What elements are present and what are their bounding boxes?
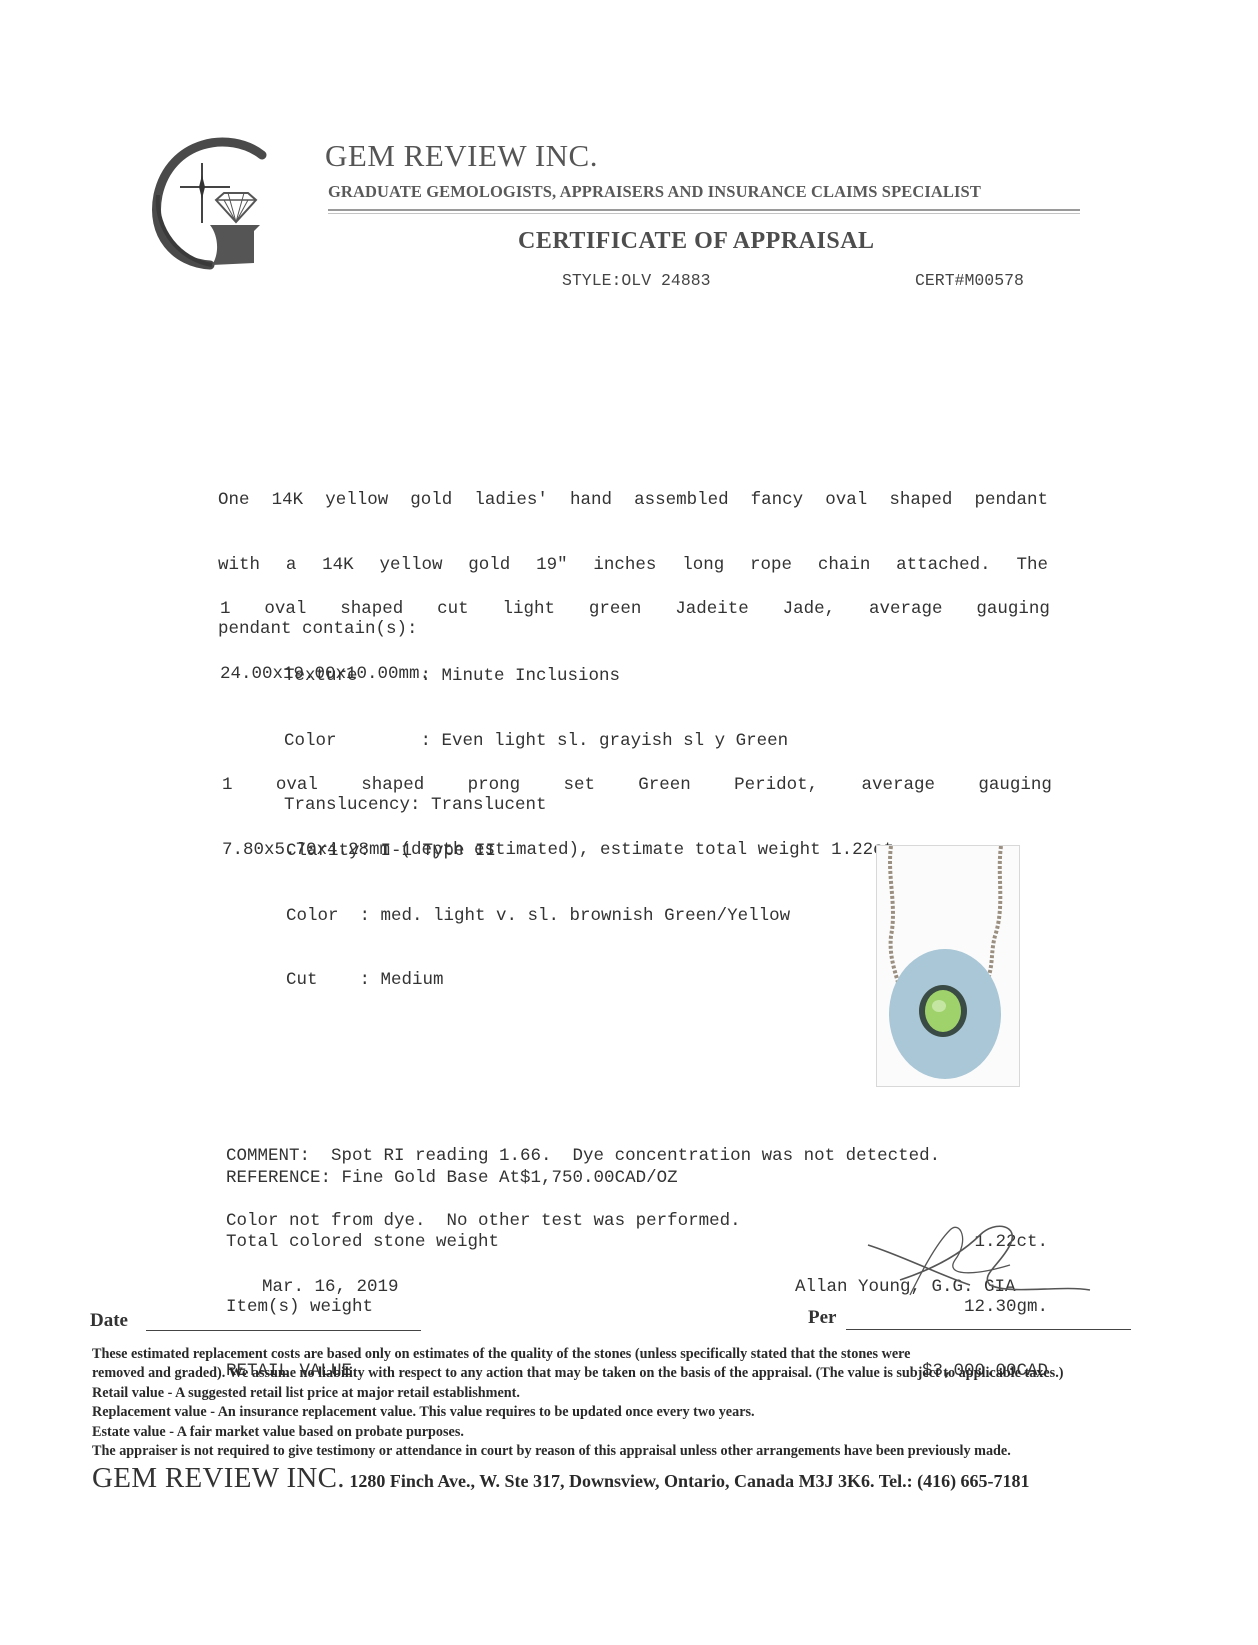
header-divider bbox=[328, 209, 1080, 214]
property-row: Clarity: I-1 Type II bbox=[286, 841, 790, 863]
disclaimer-line: These estimated replacement costs are ba… bbox=[92, 1345, 1063, 1364]
disclaimer-line: Replacement value - An insurance replace… bbox=[92, 1403, 1063, 1422]
appraisal-date: Mar. 16, 2019 bbox=[262, 1277, 399, 1297]
property-row: Cut : Medium bbox=[286, 970, 790, 992]
company-logo-icon bbox=[150, 135, 280, 270]
word: Green bbox=[638, 775, 691, 797]
word: 1 bbox=[222, 775, 233, 797]
property-label: Texture bbox=[284, 666, 421, 688]
document-title: CERTIFICATE OF APPRAISAL bbox=[518, 228, 875, 255]
value-label: Item(s) weight bbox=[226, 1297, 373, 1319]
description-line: One14Kyellowgoldladies'handassembledfanc… bbox=[218, 490, 1048, 512]
property-label: Clarity bbox=[286, 841, 360, 863]
word: oval bbox=[264, 599, 306, 621]
word: 14K bbox=[272, 490, 304, 512]
footer: GEM REVIEW INC. 1280 Finch Ave., W. Ste … bbox=[92, 1462, 1030, 1495]
word: Peridot, bbox=[734, 775, 818, 797]
per-label: Per bbox=[808, 1307, 836, 1329]
stone-2-properties: Clarity: I-1 Type II Color : med. light … bbox=[286, 798, 790, 1013]
property-label: Cut bbox=[286, 970, 360, 992]
word: average bbox=[869, 599, 943, 621]
word: oval bbox=[825, 490, 867, 512]
gold-reference: REFERENCE: Fine Gold Base At$1,750.00CAD… bbox=[226, 1168, 678, 1190]
property-row: Texture : Minute Inclusions bbox=[284, 666, 788, 688]
value-label: Total colored stone weight bbox=[226, 1232, 499, 1254]
style-number: STYLE:OLV 24883 bbox=[562, 271, 711, 290]
signature-icon bbox=[860, 1215, 1100, 1315]
property-value: : med. light v. sl. brownish Green/Yello… bbox=[360, 906, 791, 928]
word: gauging bbox=[978, 775, 1052, 797]
stone-line: 1ovalshapedprongsetGreenPeridot,averageg… bbox=[222, 775, 1052, 797]
disclaimer-line: removed and graded). We assume no liabil… bbox=[92, 1364, 1063, 1383]
certificate-number: CERT#M00578 bbox=[915, 271, 1024, 290]
word: hand bbox=[570, 490, 612, 512]
footer-company-name: GEM REVIEW INC. bbox=[92, 1462, 345, 1494]
company-tagline: GRADUATE GEMOLOGISTS, APPRAISERS AND INS… bbox=[328, 182, 981, 202]
word: prong bbox=[468, 775, 521, 797]
word: 1 bbox=[220, 599, 231, 621]
word: gauging bbox=[976, 599, 1050, 621]
property-value: : Medium bbox=[360, 970, 444, 992]
company-name: GEM REVIEW INC. bbox=[325, 138, 598, 174]
word: cut bbox=[437, 599, 469, 621]
word: green bbox=[589, 599, 642, 621]
word: set bbox=[563, 775, 595, 797]
disclaimer-line: The appraiser is not required to give te… bbox=[92, 1442, 1063, 1461]
word: light bbox=[503, 599, 556, 621]
word: shaped bbox=[889, 490, 952, 512]
property-label: Color bbox=[286, 906, 360, 928]
footer-address: 1280 Finch Ave., W. Ste 317, Downsview, … bbox=[345, 1471, 1030, 1491]
per-signature-line bbox=[846, 1329, 1131, 1330]
word: shaped bbox=[361, 775, 424, 797]
property-value: : Minute Inclusions bbox=[421, 666, 621, 688]
date-signature-line bbox=[146, 1330, 421, 1331]
date-label: Date bbox=[90, 1310, 128, 1332]
disclaimer-line: Estate value - A fair market value based… bbox=[92, 1423, 1063, 1442]
word: oval bbox=[276, 775, 318, 797]
word: shaped bbox=[340, 599, 403, 621]
word: ladies' bbox=[474, 490, 548, 512]
property-value: : I-1 Type II bbox=[360, 841, 497, 863]
word: yellow bbox=[325, 490, 388, 512]
word: average bbox=[862, 775, 936, 797]
word: assembled bbox=[634, 490, 729, 512]
disclaimer-line: Retail value - A suggested retail list p… bbox=[92, 1384, 1063, 1403]
word: gold bbox=[410, 490, 452, 512]
pendant-photo bbox=[876, 845, 1020, 1087]
word: pendant bbox=[974, 490, 1048, 512]
disclaimer: These estimated replacement costs are ba… bbox=[92, 1345, 1063, 1461]
stone-line: 1ovalshapedcutlightgreenJadeiteJade,aver… bbox=[220, 599, 1050, 621]
word: One bbox=[218, 490, 250, 512]
word: Jade, bbox=[783, 599, 836, 621]
word: fancy bbox=[751, 490, 804, 512]
property-row: Color : med. light v. sl. brownish Green… bbox=[286, 906, 790, 928]
word: Jadeite bbox=[675, 599, 749, 621]
comment-line: COMMENT: Spot RI reading 1.66. Dye conce… bbox=[226, 1146, 940, 1168]
